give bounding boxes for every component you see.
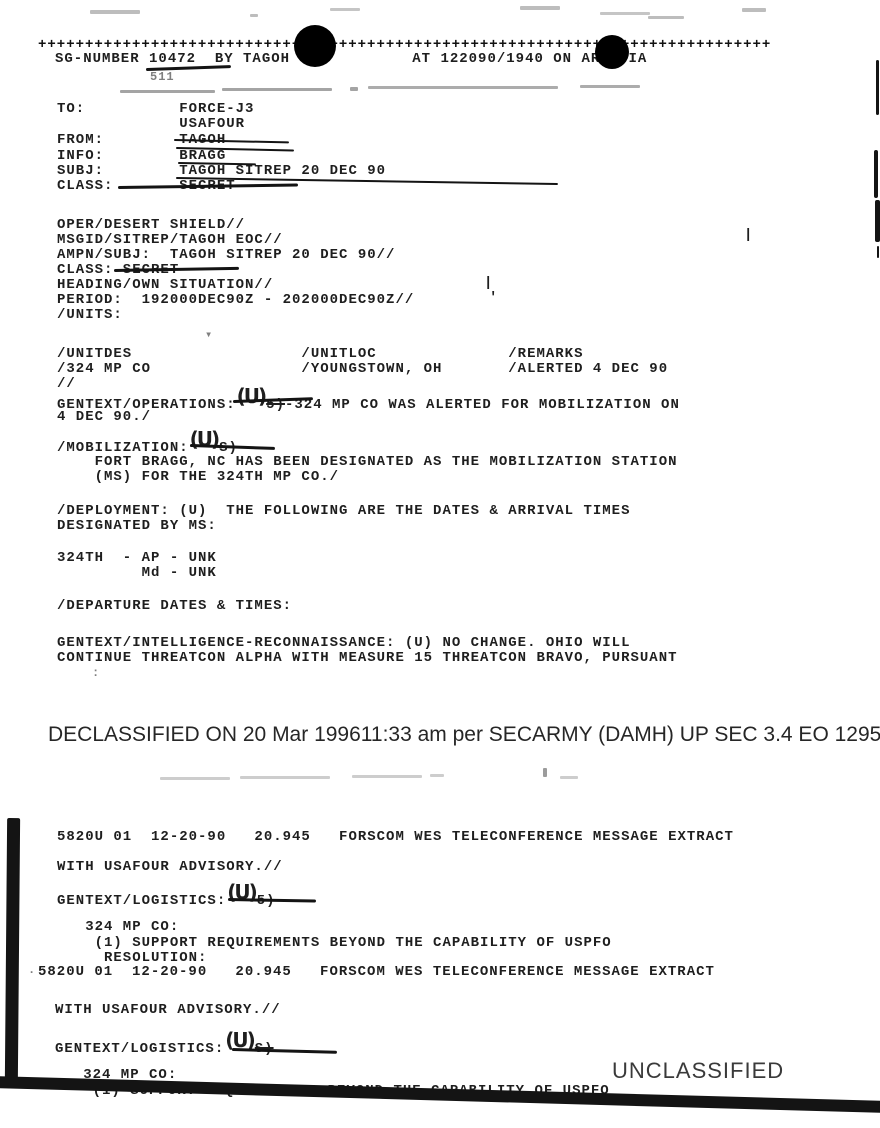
text-segment: -324 MP CO WAS ALERTED FOR MOBILIZATION … xyxy=(285,397,680,413)
stray-mark: . xyxy=(28,963,36,978)
text-segment: | xyxy=(484,275,493,291)
smudge-artifact xyxy=(250,14,258,17)
text-segment: WITH USAFOUR ADVISORY.// xyxy=(55,1002,281,1018)
text-segment: /UNITS: xyxy=(57,307,123,323)
unit-table-header: /UNITDES /UNITLOC /REMARKS xyxy=(57,347,583,362)
deployment-line-2: DESIGNATED BY MS: xyxy=(57,519,217,534)
unit-support-line-2: (1) SUPPORT REQUIREMENTS BEYOND THE CAPA… xyxy=(57,936,612,951)
smudge-artifact xyxy=(160,777,230,780)
text-segment: 5820U 01 12-20-90 20.945 FORSCOM WES TEL… xyxy=(38,964,715,980)
smudge-artifact xyxy=(600,12,650,15)
text-segment: AMPN/SUBJ: TAGOH SITREP 20 DEC 90// xyxy=(57,247,395,263)
stray-tick: | xyxy=(744,228,753,243)
text-segment: /DEPARTURE DATES & TIMES: xyxy=(57,598,292,614)
gentext-intel-line-2: CONTINUE THREATCON ALPHA WITH MEASURE 15… xyxy=(57,651,678,666)
text-segment: 324 MP CO: xyxy=(57,919,179,935)
text-segment: /DEPLOYMENT: (U) THE FOLLOWING ARE THE D… xyxy=(57,503,630,519)
text-segment: UNCLASSIFIED xyxy=(612,1058,784,1083)
text-segment: /UNITDES /UNITLOC /REMARKS xyxy=(57,346,583,362)
right-edge-bar-4 xyxy=(877,246,879,258)
text-segment: // xyxy=(57,376,76,392)
smudge-artifact xyxy=(222,88,332,91)
units-line: /UNITS: xyxy=(57,308,123,323)
text-segment: SG-NUMBER 10472 BY TAGOH AT 122090/1940 … xyxy=(55,51,647,67)
advisory-line: WITH USAFOUR ADVISORY.// xyxy=(57,860,283,875)
gentext-operations-line-2: 4 DEC 90./ xyxy=(57,410,151,425)
smudge-artifact xyxy=(543,768,547,777)
text-segment: /324 MP CO /YOUNGSTOWN, OH /ALERTED 4 DE… xyxy=(57,361,668,377)
departure-line: /DEPARTURE DATES & TIMES: xyxy=(57,599,292,614)
text-segment: 511 xyxy=(150,70,175,84)
smudge-artifact xyxy=(648,16,684,19)
redaction-dot xyxy=(595,35,629,69)
gentext-intel-line: GENTEXT/INTELLIGENCE-RECONNAISSANCE: (U)… xyxy=(57,636,630,651)
mobilization-line-3: (MS) FOR THE 324TH MP CO./ xyxy=(57,470,339,485)
oper-line: OPER/DESERT SHIELD// xyxy=(57,218,245,233)
text-segment: HEADING/OWN SITUATION// xyxy=(57,277,273,293)
dates-line-2: Md - UNK xyxy=(57,566,217,581)
text-segment: GENTEXT/LOGISTICS: xyxy=(57,893,226,909)
right-edge-bar-1 xyxy=(876,60,879,115)
scanned-sitrep-document: ++++++++++++++++++++++++++++++++++++++++… xyxy=(0,0,880,1128)
text-segment: 5820U 01 12-20-90 20.945 FORSCOM WES TEL… xyxy=(57,829,734,845)
text-segment: GENTEXT/INTELLIGENCE-RECONNAISSANCE: (U)… xyxy=(57,635,630,651)
stray-tick: | xyxy=(484,276,493,291)
left-edge-scan-bar xyxy=(5,818,20,1080)
right-edge-bar-2 xyxy=(874,150,878,198)
teleconference-line: 5820U 01 12-20-90 20.945 FORSCOM WES TEL… xyxy=(57,830,734,845)
unclassified-stamp: UNCLASSIFIED xyxy=(612,1063,784,1078)
text-segment: 4 DEC 90./ xyxy=(57,409,151,425)
stray-mark: ▾ xyxy=(205,328,213,343)
advisory-line-2: WITH USAFOUR ADVISORY.// xyxy=(55,1003,281,1018)
text-segment: 324TH - AP - UNK xyxy=(57,550,217,566)
redaction-dot xyxy=(294,25,336,67)
smudge-artifact xyxy=(330,8,360,11)
msgid-line: MSGID/SITREP/TAGOH EOC// xyxy=(57,233,283,248)
smudge-artifact xyxy=(352,775,422,778)
text-segment: WITH USAFOUR ADVISORY.// xyxy=(57,859,283,875)
text-segment: DESIGNATED BY MS: xyxy=(57,518,217,534)
ampn-line: AMPN/SUBJ: TAGOH SITREP 20 DEC 90// xyxy=(57,248,395,263)
smudge-artifact xyxy=(350,87,358,91)
text-segment: (1) SUPPORT REQUIREMENTS BEYOND THE CAPA… xyxy=(57,935,612,951)
heading-line: HEADING/OWN SITUATION// xyxy=(57,278,273,293)
dates-line: 324TH - AP - UNK xyxy=(57,551,217,566)
text-segment: TO: FORCE-J3 xyxy=(57,101,254,117)
stray-tick: ' xyxy=(489,291,498,306)
deployment-line: /DEPLOYMENT: (U) THE FOLLOWING ARE THE D… xyxy=(57,504,630,519)
teleconference-line-2: 5820U 01 12-20-90 20.945 FORSCOM WES TEL… xyxy=(38,965,715,980)
period-line: PERIOD: 192000DEC90Z - 202000DEC90Z// xyxy=(57,293,414,308)
text-segment: Md - UNK xyxy=(57,565,217,581)
text-segment: . xyxy=(28,963,36,977)
smudge-artifact xyxy=(120,90,215,93)
unit-support-line: 324 MP CO: xyxy=(57,920,179,935)
text-segment: MSGID/SITREP/TAGOH EOC// xyxy=(57,232,283,248)
faint-mark: 511 xyxy=(150,70,175,85)
mobilization-line-2: FORT BRAGG, NC HAS BEEN DESIGNATED AS TH… xyxy=(57,455,678,470)
text-segment: SUBJ: TAGOH SITREP 20 DEC 90 xyxy=(57,163,386,179)
smudge-artifact xyxy=(368,86,558,89)
handwritten-u-annotation: (U) xyxy=(237,384,266,408)
text-segment: GENTEXT/LOGISTICS: xyxy=(55,1041,224,1057)
text-segment: | xyxy=(744,227,753,243)
right-edge-bar-3 xyxy=(875,200,880,242)
text-segment: USAFOUR xyxy=(57,116,245,132)
to-line-2: USAFOUR xyxy=(57,117,245,132)
smudge-artifact xyxy=(430,774,444,777)
message-number-line: SG-NUMBER 10472 BY TAGOH AT 122090/1940 … xyxy=(55,52,647,67)
text-segment: PERIOD: 192000DEC90Z - 202000DEC90Z// xyxy=(57,292,414,308)
text-segment: ▾ xyxy=(205,328,213,342)
text-segment: FORT BRAGG, NC HAS BEEN DESIGNATED AS TH… xyxy=(57,454,678,470)
unit-table-row: /324 MP CO /YOUNGSTOWN, OH /ALERTED 4 DE… xyxy=(57,362,668,377)
table-end: // xyxy=(57,377,76,392)
smudge-artifact xyxy=(580,85,640,88)
smudge-artifact xyxy=(520,6,560,10)
text-segment: ' xyxy=(489,290,498,306)
text-segment: OPER/DESERT SHIELD// xyxy=(57,217,245,233)
smudge-artifact xyxy=(560,776,578,779)
text-segment: CONTINUE THREATCON ALPHA WITH MEASURE 15… xyxy=(57,650,678,666)
text-segment: DECLASSIFIED ON 20 Mar 199611:33 am per … xyxy=(48,723,880,746)
declassified-stamp: DECLASSIFIED ON 20 Mar 199611:33 am per … xyxy=(48,727,880,742)
smudge-artifact xyxy=(240,776,330,779)
smudge-artifact xyxy=(742,8,766,12)
stray-mark: : xyxy=(92,666,100,681)
text-segment: : xyxy=(92,666,100,680)
smudge-artifact xyxy=(90,10,140,14)
text-segment: (MS) FOR THE 324TH MP CO./ xyxy=(57,469,339,485)
to-line: TO: FORCE-J3 xyxy=(57,102,254,117)
